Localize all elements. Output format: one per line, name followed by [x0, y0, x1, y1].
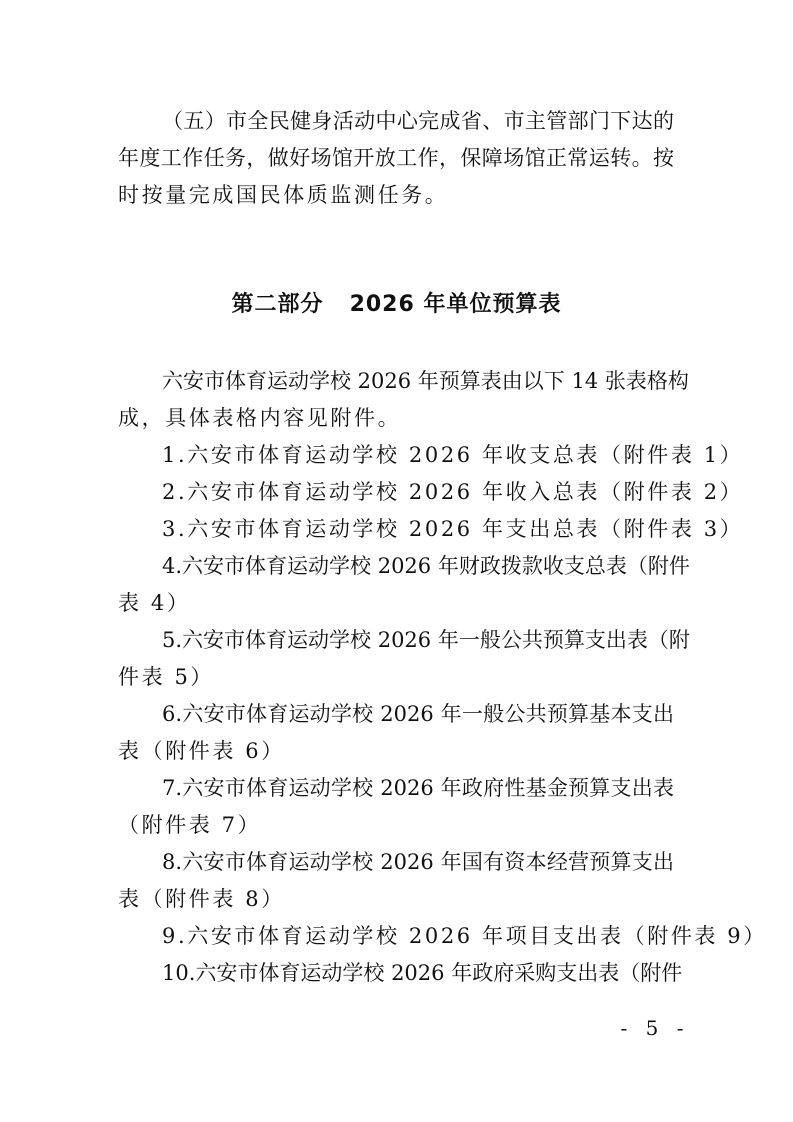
section-heading: 第二部分2026 年单位预算表 — [0, 287, 793, 323]
list-item: 1.六安市体育运动学校 2026 年收支总表（附件表 1） — [162, 437, 674, 474]
intro-line: 时按量完成国民体质监测任务。 — [118, 177, 674, 214]
list-item: 3.六安市体育运动学校 2026 年支出总表（附件表 3） — [162, 511, 674, 548]
list-item-continuation: （附件表 7） — [118, 807, 674, 844]
list-item-continuation: 表（附件表 6） — [118, 733, 674, 770]
list-item: 5.六安市体育运动学校 2026 年一般公共预算支出表（附 — [162, 622, 674, 659]
list-item: 6.六安市体育运动学校 2026 年一般公共预算基本支出 — [162, 696, 674, 733]
list-item: 4.六安市体育运动学校 2026 年财政拨款收支总表（附件 — [162, 548, 674, 585]
document-page: （五）市全民健身活动中心完成省、市主管部门下达的 年度工作任务，做好场馆开放工作… — [0, 0, 793, 1122]
list-item-continuation: 表（附件表 8） — [118, 881, 674, 918]
intro-line: 年度工作任务，做好场馆开放工作，保障场馆正常运转。按 — [118, 140, 674, 177]
list-item-continuation: 件表 5） — [118, 659, 674, 696]
list-item: 10.六安市体育运动学校 2026 年政府采购支出表（附件 — [162, 955, 674, 992]
summary-line: 成，具体表格内容见附件。 — [118, 400, 674, 437]
list-item: 9.六安市体育运动学校 2026 年项目支出表（附件表 9） — [162, 918, 674, 955]
summary-line: 六安市体育运动学校 2026 年预算表由以下 14 张表格构 — [162, 363, 674, 400]
page-number: - 5 - — [620, 1013, 690, 1043]
list-item: 2.六安市体育运动学校 2026 年收入总表（附件表 2） — [162, 474, 674, 511]
intro-line: （五）市全民健身活动中心完成省、市主管部门下达的 — [162, 103, 674, 140]
section-part: 第二部分 — [232, 292, 324, 317]
section-title: 2026 年单位预算表 — [350, 292, 562, 317]
list-item-continuation: 表 4） — [118, 585, 674, 622]
list-item: 7.六安市体育运动学校 2026 年政府性基金预算支出表 — [162, 770, 674, 807]
list-item: 8.六安市体育运动学校 2026 年国有资本经营预算支出 — [162, 844, 674, 881]
